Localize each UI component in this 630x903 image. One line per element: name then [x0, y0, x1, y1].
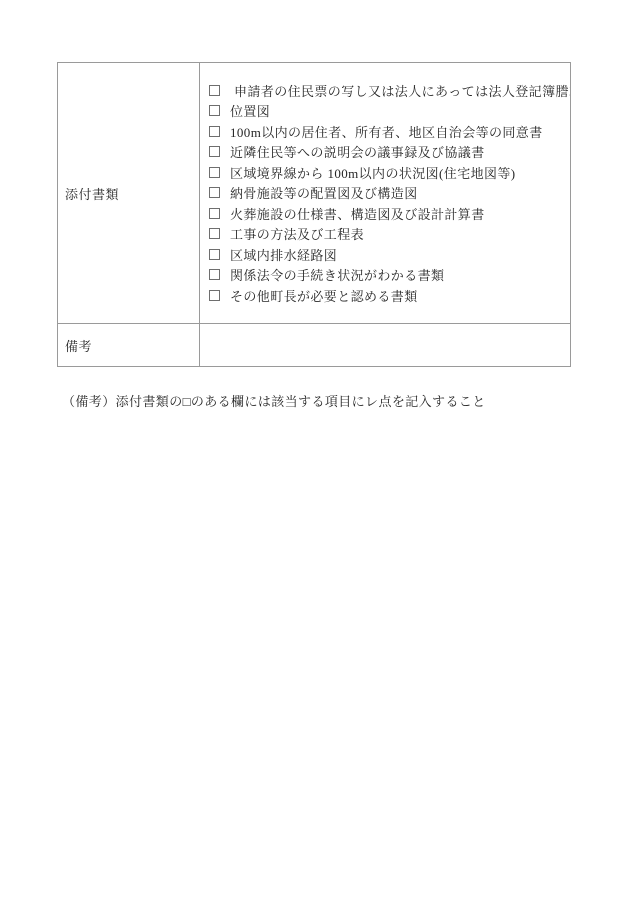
checkbox-icon [209, 105, 220, 116]
checklist-item: 工事の方法及び工程表 [209, 224, 564, 245]
checklist-item-label: その他町長が必要と認める書類 [230, 286, 418, 305]
attachments-table: 添付書類 申請者の住民票の写し又は法人にあっては法人登記簿謄本 位置図 100m… [57, 62, 571, 367]
checkbox-icon [209, 269, 220, 280]
remarks-label: 備考 [65, 336, 92, 355]
checklist-item: その他町長が必要と認める書類 [209, 285, 564, 306]
checklist-item: 火葬施設の仕様書、構造図及び設計計算書 [209, 203, 564, 224]
checklist-item-label: 工事の方法及び工程表 [230, 224, 364, 243]
checkbox-icon [209, 208, 220, 219]
checklist-item-label: 申請者の住民票の写し又は法人にあっては法人登記簿謄本 [234, 81, 570, 100]
checkbox-icon [209, 85, 220, 96]
remarks-label-cell: 備考 [58, 323, 200, 366]
checklist-item: 納骨施設等の配置図及び構造図 [209, 183, 564, 204]
document-page: 添付書類 申請者の住民票の写し又は法人にあっては法人登記簿謄本 位置図 100m… [0, 0, 630, 903]
checklist-item: 申請者の住民票の写し又は法人にあっては法人登記簿謄本 [209, 80, 564, 101]
checklist-item: 区域境界線から 100m以内の状況図(住宅地図等) [209, 162, 564, 183]
footnote: （備考）添付書類の□のある欄には該当する項目にレ点を記入すること [62, 391, 486, 410]
checklist-item-label: 100m以内の居住者、所有者、地区自治会等の同意書 [230, 122, 543, 141]
attachments-label-cell: 添付書類 [58, 63, 200, 323]
checklist-item-label: 納骨施設等の配置図及び構造図 [230, 183, 418, 202]
checklist-item-label: 区域境界線から 100m以内の状況図(住宅地図等) [230, 163, 516, 182]
checklist-item-label: 関係法令の手続き状況がわかる書類 [230, 265, 444, 284]
checklist-item-label: 近隣住民等への説明会の議事録及び協議書 [230, 142, 485, 161]
checkbox-icon [209, 167, 220, 178]
attachments-checklist-cell: 申請者の住民票の写し又は法人にあっては法人登記簿謄本 位置図 100m以内の居住… [200, 63, 570, 323]
checklist-item-label: 区域内排水経路図 [230, 245, 337, 264]
checkbox-icon [209, 249, 220, 260]
checkbox-icon [209, 146, 220, 157]
checklist-item: 区域内排水経路図 [209, 244, 564, 265]
checkbox-icon [209, 126, 220, 137]
checklist-item-label: 位置図 [230, 101, 270, 120]
checklist-item: 位置図 [209, 101, 564, 122]
checklist-item: 100m以内の居住者、所有者、地区自治会等の同意書 [209, 121, 564, 142]
attachments-label: 添付書類 [65, 184, 119, 203]
checklist-item: 関係法令の手続き状況がわかる書類 [209, 265, 564, 286]
checkbox-icon [209, 187, 220, 198]
checklist-item-label: 火葬施設の仕様書、構造図及び設計計算書 [230, 204, 485, 223]
checkbox-icon [209, 290, 220, 301]
checkbox-icon [209, 228, 220, 239]
remarks-content-cell [200, 323, 570, 366]
attachments-checklist: 申請者の住民票の写し又は法人にあっては法人登記簿謄本 位置図 100m以内の居住… [209, 80, 564, 306]
checklist-item: 近隣住民等への説明会の議事録及び協議書 [209, 142, 564, 163]
